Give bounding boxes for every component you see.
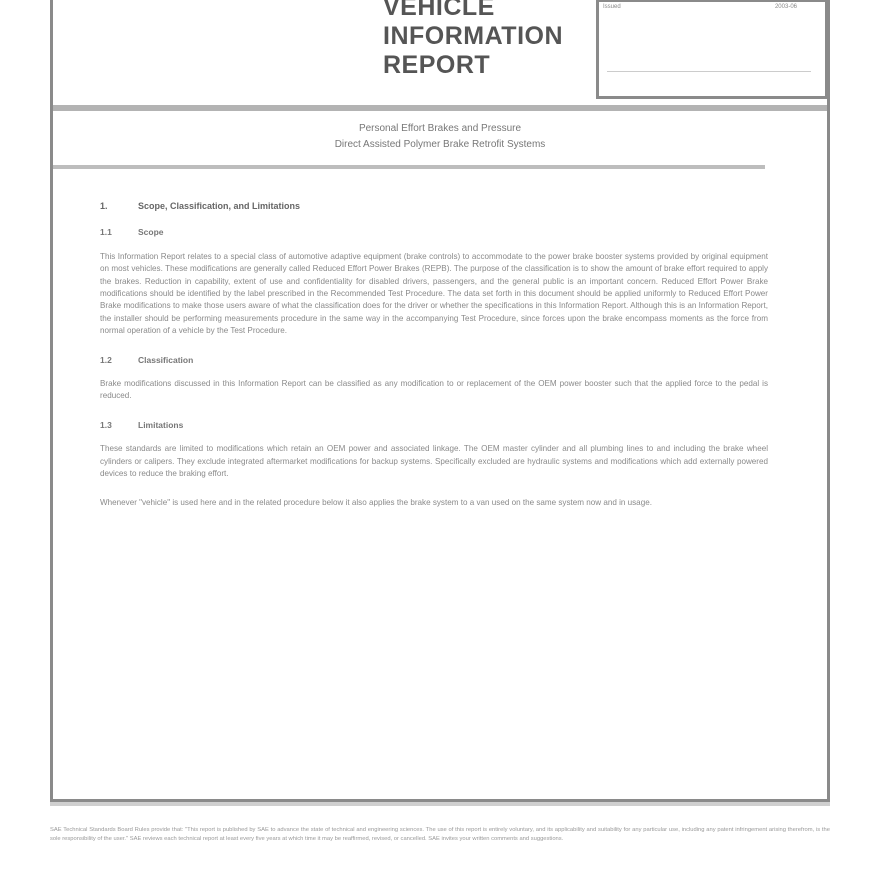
- title-divider: [53, 165, 765, 169]
- document-title: Personal Effort Brakes and Pressure Dire…: [53, 111, 827, 169]
- section-heading-1: 1. Scope, Classification, and Limitation…: [100, 200, 768, 212]
- limitations-paragraph: These standards are limited to modificat…: [100, 443, 768, 480]
- title-line-1: Personal Effort Brakes and Pressure: [53, 111, 827, 137]
- info-box-divider: [607, 71, 811, 72]
- document-page: VEHICLE INFORMATION REPORT Issued 2003-0…: [50, 0, 830, 802]
- section-heading-limitations: 1.3 Limitations: [100, 419, 768, 431]
- brand-line-2: INFORMATION: [383, 22, 563, 51]
- issued-value: 2003-06: [775, 4, 797, 10]
- brand-line-3: REPORT: [383, 51, 563, 80]
- scope-paragraph: This Information Report relates to a spe…: [100, 251, 768, 338]
- document-body: 1. Scope, Classification, and Limitation…: [100, 200, 768, 525]
- document-info-box: Issued 2003-06: [596, 0, 828, 99]
- classification-paragraph: Brake modifications discussed in this In…: [100, 378, 768, 403]
- section-heading-classification: 1.2 Classification: [100, 354, 768, 366]
- report-type-title: VEHICLE INFORMATION REPORT: [383, 0, 563, 80]
- footer-disclaimer: SAE Technical Standards Board Rules prov…: [50, 826, 830, 843]
- brand-line-1: VEHICLE: [383, 0, 563, 22]
- document-header: VEHICLE INFORMATION REPORT Issued 2003-0…: [53, 0, 827, 111]
- note-paragraph: Whenever "vehicle" is used here and in t…: [100, 497, 768, 509]
- section-heading-scope: 1.1 Scope: [100, 226, 768, 238]
- issued-label: Issued: [603, 4, 621, 10]
- title-line-2: Direct Assisted Polymer Brake Retrofit S…: [53, 137, 827, 153]
